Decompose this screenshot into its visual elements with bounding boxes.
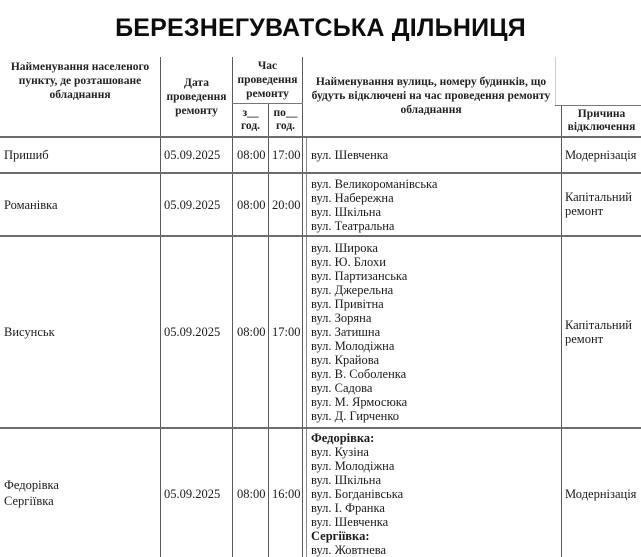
row-date: 05.09.2025 xyxy=(164,174,232,235)
street-item: вул. Затишна xyxy=(311,325,556,339)
street-item: вул. Набережна xyxy=(311,191,556,205)
row-reason: Модернізація xyxy=(565,138,641,172)
row-date: 05.09.2025 xyxy=(164,237,232,427)
row-settlement: Пришиб xyxy=(4,138,159,172)
street-item: вул. Широка xyxy=(311,241,556,255)
row-settlement: Федорівка Сергіївка xyxy=(4,478,159,508)
row-settlement: Романівка xyxy=(4,174,159,235)
street-item: вул. Шевченка xyxy=(311,515,556,529)
street-item: вул. Зоряна xyxy=(311,311,556,325)
street-item: вул. І. Франка xyxy=(311,501,556,515)
row-streets: вул. Широка вул. Ю. Блохи вул. Партизанс… xyxy=(311,241,556,423)
header-date: Дата проведення ремонту xyxy=(161,76,232,118)
street-item: вул. Молодіжна xyxy=(311,459,556,473)
row-time-from: 08:00 xyxy=(237,487,269,501)
street-item: вул. Богданівська xyxy=(311,487,556,501)
row-streets: Федорівка: вул. Кузіна вул. Молодіжна ву… xyxy=(311,431,556,557)
street-group-title: Сергіївка: xyxy=(311,529,556,543)
divider xyxy=(232,103,303,104)
street-item: вул. Д. Гирченко xyxy=(311,409,556,423)
row-reason: Модернізація xyxy=(565,487,641,501)
street-item: вул. Привітна xyxy=(311,297,556,311)
header-time-to: по__ год. xyxy=(269,107,302,133)
row-time-to: 16:00 xyxy=(272,487,304,501)
row-date: 05.09.2025 xyxy=(164,487,232,501)
divider xyxy=(0,427,641,429)
row-settlement: Висунськ xyxy=(4,237,159,427)
outage-table: Найменування населеного пункту, де розта… xyxy=(0,0,641,557)
street-item: вул. Великороманівська xyxy=(311,177,556,191)
settlement-line: Сергіївка xyxy=(4,494,159,508)
row-reason: Капітальний ремонт xyxy=(565,190,641,218)
settlement-line: Федорівка xyxy=(4,478,159,492)
street-item: вул. Молодіжна xyxy=(311,339,556,353)
row-reason: Капітальний ремонт xyxy=(565,318,641,346)
street-item: вул. М. Ярмосюка xyxy=(311,395,556,409)
street-item: вул. Жовтнева xyxy=(311,543,556,557)
row-date: 05.09.2025 xyxy=(164,138,232,172)
row-time-to: 20:00 xyxy=(272,174,304,235)
divider xyxy=(160,57,161,557)
row-time-from: 08:00 xyxy=(237,174,269,235)
row-time-from: 08:00 xyxy=(237,138,269,172)
header-settlement: Найменування населеного пункту, де розта… xyxy=(0,60,160,102)
street-item: вул. Партизанська xyxy=(311,269,556,283)
header-time: Час проведення ремонту xyxy=(233,59,302,101)
divider xyxy=(555,105,641,106)
row-time-to: 17:00 xyxy=(272,138,304,172)
street-item: вул. Шкільна xyxy=(311,205,556,219)
header-reason: Причина відключення xyxy=(562,108,641,134)
street-item: вул. Театральна xyxy=(311,219,556,233)
row-streets: вул. Шевченка xyxy=(311,138,556,172)
row-time-from: 08:00 xyxy=(237,237,269,427)
street-item: вул. Кузіна xyxy=(311,445,556,459)
header-time-from: з__ год. xyxy=(233,107,268,133)
street-item: вул. Шкільна xyxy=(311,473,556,487)
street-item: вул. Садова xyxy=(311,381,556,395)
divider xyxy=(306,136,307,557)
row-time-to: 17:00 xyxy=(272,237,304,427)
street-item: вул. Крайова xyxy=(311,353,556,367)
street-item: вул. В. Соболенка xyxy=(311,367,556,381)
header-streets: Найменування вулиць, номеру будинків, що… xyxy=(306,75,556,117)
row-streets: вул. Великороманівська вул. Набережна ву… xyxy=(311,177,556,233)
street-item: вул. Джерельна xyxy=(311,283,556,297)
street-group-title: Федорівка: xyxy=(311,431,556,445)
street-item: вул. Ю. Блохи xyxy=(311,255,556,269)
street-item: вул. Шевченка xyxy=(311,148,388,162)
